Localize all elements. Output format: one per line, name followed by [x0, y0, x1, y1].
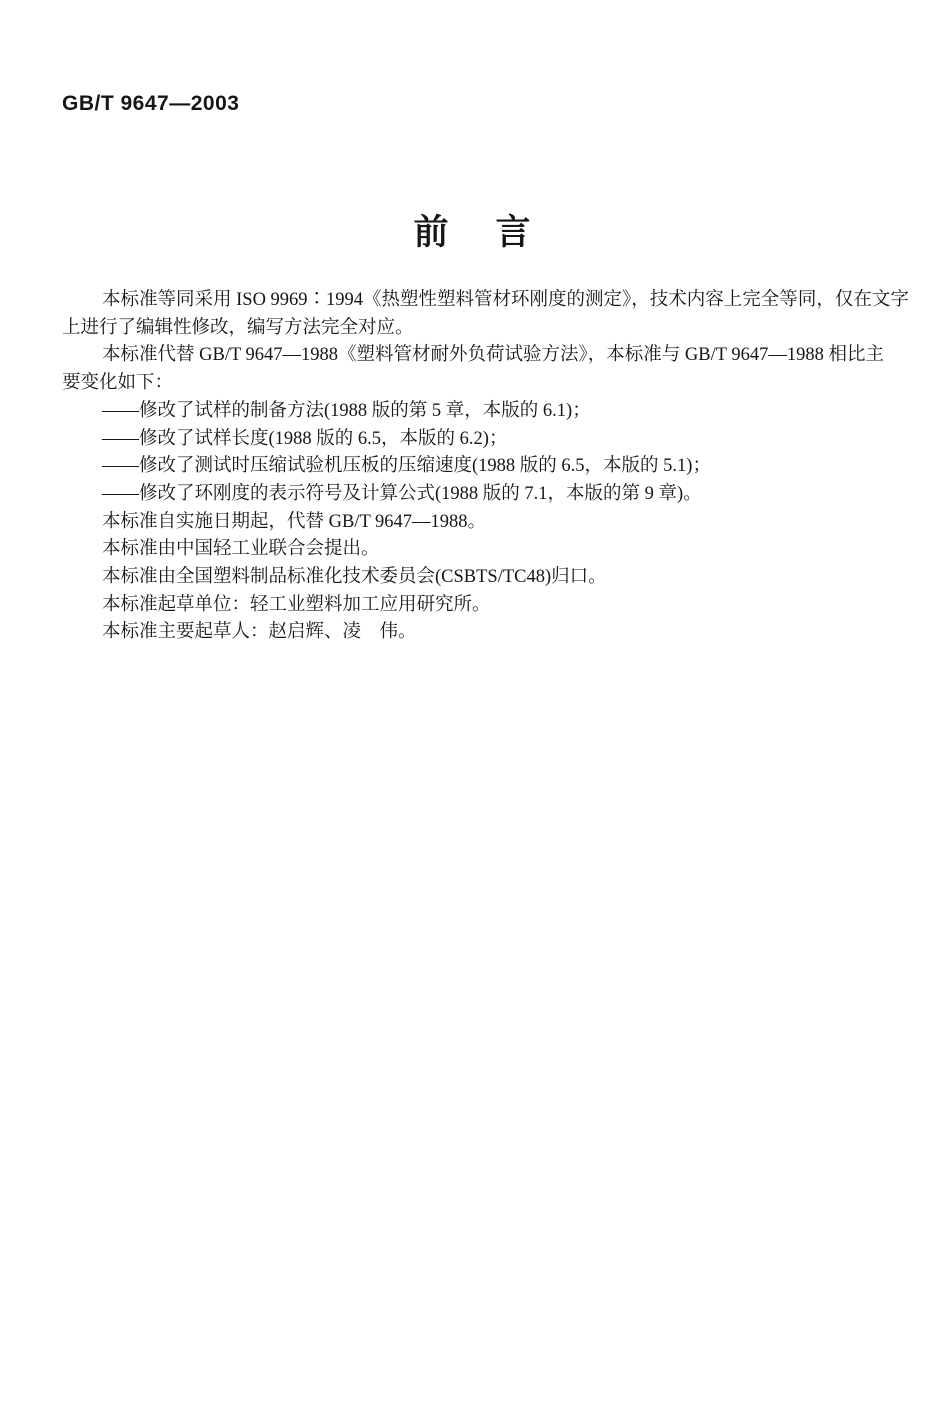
page-title-foreword: 前 言: [0, 205, 950, 255]
body-line: 要变化如下：: [62, 370, 884, 398]
body-line: 本标准主要起草人：赵启辉、凌 伟。: [62, 619, 884, 647]
body-line: 本标准起草单位：轻工业塑料加工应用研究所。: [62, 592, 884, 620]
foreword-body: 本标准等同采用 ISO 9969∶1994《热塑性塑料管材环刚度的测定》，技术内…: [62, 287, 884, 647]
body-line: 本标准代替 GB/T 9647—1988《塑料管材耐外负荷试验方法》，本标准与 …: [62, 342, 884, 370]
standard-code-header: GB/T 9647—2003: [62, 92, 239, 116]
body-line: 本标准由中国轻工业联合会提出。: [62, 536, 884, 564]
body-line: 上进行了编辑性修改，编写方法完全对应。: [62, 315, 884, 343]
body-line-change-item: ——修改了环刚度的表示符号及计算公式(1988 版的 7.1，本版的第 9 章)…: [62, 481, 884, 509]
body-line: 本标准由全国塑料制品标准化技术委员会(CSBTS/TC48)归口。: [62, 564, 884, 592]
document-page: GB/T 9647—2003 前 言 本标准等同采用 ISO 9969∶1994…: [0, 0, 950, 1418]
body-line-change-item: ——修改了试样长度(1988 版的 6.5，本版的 6.2)；: [62, 426, 884, 454]
body-line-change-item: ——修改了测试时压缩试验机压板的压缩速度(1988 版的 6.5，本版的 5.1…: [62, 453, 884, 481]
body-line-change-item: ——修改了试样的制备方法(1988 版的第 5 章，本版的 6.1)；: [62, 398, 884, 426]
body-line: 本标准等同采用 ISO 9969∶1994《热塑性塑料管材环刚度的测定》，技术内…: [62, 287, 884, 315]
body-line: 本标准自实施日期起，代替 GB/T 9647—1988。: [62, 509, 884, 537]
